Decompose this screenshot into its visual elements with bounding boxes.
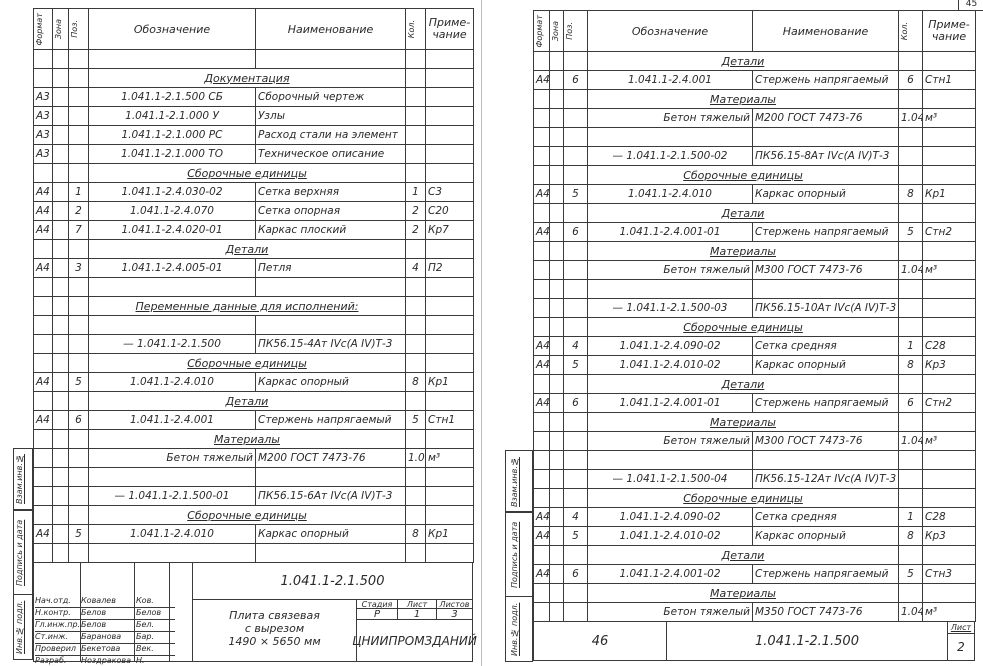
section-label: Сборочные единицы	[683, 492, 803, 505]
role-label: Разраб.	[35, 656, 81, 666]
empty-cell	[534, 90, 550, 109]
pos-cell: 6	[564, 394, 588, 413]
format-cell: А4	[534, 223, 550, 242]
designation-cell: 1.041.1-2.4.010-02	[588, 527, 753, 546]
table-row: А441.041.1-2.4.090-02Сетка средняя1С28	[534, 337, 976, 356]
section-heading: Сборочные единицы	[89, 164, 406, 183]
material-grade-cell: М200 ГОСТ 7473-76	[753, 109, 899, 128]
table-row: А31.041.1-2.1.000 РСРасход стали на элем…	[34, 126, 474, 145]
qty-cell: 6	[899, 71, 923, 90]
section-row: Материалы	[534, 90, 976, 109]
empty-cell	[406, 487, 426, 506]
pos-cell: 5	[564, 185, 588, 204]
pos-cell: 6	[564, 565, 588, 584]
empty-cell	[564, 261, 588, 280]
signature: Белов	[136, 608, 171, 619]
section-row: Сборочные единицы	[34, 506, 474, 525]
empty-cell	[534, 375, 550, 394]
note-cell: С28	[923, 508, 976, 527]
qty-cell: 2	[406, 202, 426, 221]
qty-cell: 1	[406, 183, 426, 202]
format-cell: А4	[534, 565, 550, 584]
empty-cell	[923, 299, 976, 318]
designation-cell: 1.041.1-2.4.001-02	[588, 565, 753, 584]
section-label: Детали	[722, 55, 765, 68]
empty-cell	[899, 451, 923, 470]
note-cell: Кр7	[426, 221, 474, 240]
empty-cell	[550, 432, 564, 451]
zone-cell	[53, 202, 69, 221]
unit-cell: м³	[923, 603, 976, 622]
format-cell: А4	[534, 71, 550, 90]
empty-cell	[406, 430, 426, 449]
empty-cell	[899, 242, 923, 261]
header-format: Формат	[36, 13, 44, 45]
empty-cell	[426, 506, 474, 525]
table-row: А411.041.1-2.4.030-02Сетка верхняя1С3	[34, 183, 474, 202]
section-label: Детали	[226, 395, 269, 408]
empty-cell	[588, 451, 753, 470]
header-note: Приме-чание	[426, 9, 474, 50]
person-name: Ноздракова	[81, 656, 136, 666]
empty-cell	[923, 128, 976, 147]
empty-cell	[534, 147, 550, 166]
section-label: Детали	[722, 378, 765, 391]
header-zone: Зона	[552, 21, 560, 41]
table-row: А461.041.1-2.4.001-02Стержень напрягаемы…	[534, 565, 976, 584]
format-cell: А4	[534, 337, 550, 356]
empty-cell	[588, 280, 753, 299]
header-designation: Обозначение	[89, 9, 256, 50]
footer-sheet-value: 2	[947, 633, 975, 661]
designation-cell: 1.041.1-2.4.001	[588, 71, 753, 90]
empty-cell	[534, 546, 550, 565]
material-grade-cell: М350 ГОСТ 7473-76	[753, 603, 899, 622]
empty-cell	[534, 280, 550, 299]
zone-cell	[550, 527, 564, 546]
empty-cell	[53, 69, 69, 88]
empty-cell	[406, 506, 426, 525]
format-cell: А4	[34, 202, 53, 221]
empty-cell	[426, 316, 474, 335]
empty-cell	[53, 449, 69, 468]
signature-row: Нач.отд.КовалевКов.	[35, 596, 175, 608]
name-cell: Сетка верхняя	[256, 183, 406, 202]
empty-cell	[34, 240, 53, 259]
qty-cell: 8	[406, 373, 426, 392]
empty-cell	[899, 299, 923, 318]
note-cell: Кр1	[426, 373, 474, 392]
blank-row	[34, 468, 474, 487]
empty-cell	[923, 451, 976, 470]
empty-cell	[426, 335, 474, 354]
table-row: А421.041.1-2.4.070Сетка опорная2С20	[34, 202, 474, 221]
format-cell: А4	[34, 221, 53, 240]
blank-row	[534, 451, 976, 470]
empty-cell	[69, 335, 89, 354]
empty-cell	[534, 242, 550, 261]
empty-cell	[34, 50, 53, 69]
empty-cell	[564, 166, 588, 185]
empty-cell	[34, 544, 53, 563]
empty-cell	[534, 413, 550, 432]
zone-cell	[53, 126, 69, 145]
zone-cell	[550, 71, 564, 90]
designation-cell: 1.041.1-2.4.010	[89, 525, 256, 544]
header-format: Формат	[536, 15, 544, 47]
zone-cell	[53, 183, 69, 202]
material-cell: Бетон тяжелый	[89, 449, 256, 468]
empty-cell	[406, 297, 426, 316]
format-cell: А4	[34, 373, 53, 392]
designation-cell: 1.041.1-2.4.090-02	[588, 337, 753, 356]
empty-cell	[899, 489, 923, 508]
section-heading: Детали	[588, 52, 899, 71]
empty-cell	[426, 297, 474, 316]
note-cell: Стн2	[923, 394, 976, 413]
name-cell: Техническое описание	[256, 145, 406, 164]
section-label: Сборочные единицы	[187, 509, 307, 522]
variant-row: 1.041.1-2.1.500-02ПК56.15-8Ат IVс(А IV)Т…	[534, 147, 976, 166]
section-label: Сборочные единицы	[683, 169, 803, 182]
empty-cell	[550, 584, 564, 603]
header-name: Наименование	[256, 9, 406, 50]
table-row: А451.041.1-2.4.010Каркас опорный8Кр1	[34, 525, 474, 544]
empty-cell	[69, 449, 89, 468]
empty-cell	[899, 584, 923, 603]
table-row: А31.041.1-2.1.000 УУзлы	[34, 107, 474, 126]
blank-row	[34, 316, 474, 335]
qty-cell: 1.04	[899, 261, 923, 280]
variant-row: 1.041.1-2.1.500-04ПК56.15-12Ат IVс(А IV)…	[534, 470, 976, 489]
section-label: Материалы	[710, 93, 776, 106]
header-qty: Кол.	[901, 22, 909, 40]
empty-cell	[69, 240, 89, 259]
empty-cell	[564, 147, 588, 166]
designation-cell: 1.041.1-2.4.001	[89, 411, 256, 430]
section-heading: Детали	[588, 546, 899, 565]
empty-cell	[53, 506, 69, 525]
empty-cell	[923, 375, 976, 394]
empty-cell	[534, 603, 550, 622]
format-cell: А3	[34, 126, 53, 145]
empty-cell	[426, 468, 474, 487]
note-cell: Стн3	[923, 565, 976, 584]
section-heading: Переменные данные для исполнений:	[89, 297, 406, 316]
empty-cell	[564, 299, 588, 318]
section-row: Сборочные единицы	[534, 489, 976, 508]
zone-cell	[53, 107, 69, 126]
empty-cell	[899, 318, 923, 337]
empty-cell	[550, 299, 564, 318]
variant-mark-cell: ПК56.15-12Ат IVс(А IV)Т-3	[753, 470, 899, 489]
section-row: Детали	[534, 546, 976, 565]
qty-cell: 6	[899, 394, 923, 413]
zone-cell	[53, 525, 69, 544]
zone-cell	[53, 88, 69, 107]
pos-cell	[69, 88, 89, 107]
empty-cell	[69, 50, 89, 69]
signature-row: Разраб.НоздраковаН.	[35, 656, 175, 666]
material-row: Бетон тяжелыйМ300 ГОСТ 7473-761.04м³	[534, 261, 976, 280]
empty-cell	[923, 470, 976, 489]
header-zone: Зона	[55, 19, 63, 39]
empty-cell	[923, 166, 976, 185]
format-cell: А4	[34, 411, 53, 430]
empty-cell	[550, 52, 564, 71]
margin-label-replace: Взам.инв.№	[15, 452, 25, 507]
footer-doc-code: 1.041.1-2.1.500	[666, 621, 948, 661]
empty-cell	[89, 50, 256, 69]
table-row: А471.041.1-2.4.020-01Каркас плоский2Кр7	[34, 221, 474, 240]
empty-cell	[923, 413, 976, 432]
section-row: Сборочные единицы	[534, 166, 976, 185]
empty-cell	[534, 318, 550, 337]
section-label: Детали	[722, 549, 765, 562]
section-label: Детали	[226, 243, 269, 256]
empty-cell	[534, 109, 550, 128]
empty-cell	[69, 487, 89, 506]
format-cell: А4	[534, 527, 550, 546]
pos-cell	[69, 145, 89, 164]
empty-cell	[899, 52, 923, 71]
unit-cell: м³	[426, 449, 474, 468]
empty-cell	[34, 487, 53, 506]
empty-cell	[34, 278, 53, 297]
qty-cell: 2	[406, 221, 426, 240]
empty-cell	[406, 69, 426, 88]
empty-cell	[69, 392, 89, 411]
note-cell	[426, 145, 474, 164]
name-cell: Расход стали на элемент	[256, 126, 406, 145]
empty-cell	[34, 69, 53, 88]
empty-cell	[550, 470, 564, 489]
empty-cell	[550, 261, 564, 280]
table-row: А451.041.1-2.4.010Каркас опорный8Кр1	[534, 185, 976, 204]
empty-cell	[564, 470, 588, 489]
empty-cell	[564, 489, 588, 508]
empty-cell	[53, 335, 69, 354]
variant-mark-cell: ПК56.15-10Ат IVс(А IV)Т-3	[753, 299, 899, 318]
material-cell: Бетон тяжелый	[588, 109, 753, 128]
variant-designation-cell: 1.041.1-2.1.500-01	[89, 487, 256, 506]
qty-cell: 1.04	[899, 603, 923, 622]
qty-cell: 5	[899, 565, 923, 584]
note-cell: П2	[426, 259, 474, 278]
zone-cell	[53, 411, 69, 430]
empty-cell	[550, 242, 564, 261]
format-cell: А4	[34, 259, 53, 278]
empty-cell	[564, 546, 588, 565]
empty-cell	[69, 354, 89, 373]
name-cell: Каркас опорный	[753, 185, 899, 204]
section-row: Детали	[534, 375, 976, 394]
section-heading: Сборочные единицы	[588, 166, 899, 185]
qty-cell: 4	[406, 259, 426, 278]
page-divider	[481, 0, 482, 666]
table-row: А451.041.1-2.4.010-02Каркас опорный8Кр3	[534, 356, 976, 375]
qty-cell: 1.04	[899, 432, 923, 451]
pos-cell: 4	[564, 337, 588, 356]
title-block-doc-code: 1.041.1-2.1.500	[192, 562, 473, 600]
table-row: А31.041.1-2.1.500 СБСборочный чертеж	[34, 88, 474, 107]
header-pos: Поз.	[566, 22, 574, 40]
pos-cell: 5	[564, 527, 588, 546]
empty-cell	[89, 544, 256, 563]
role-label: Н.контр.	[35, 608, 81, 619]
header-pos: Поз.	[71, 20, 79, 38]
empty-cell	[69, 430, 89, 449]
variant-row: 1.041.1-2.1.500-01ПК56.15-6Ат IVс(А IV)Т…	[34, 487, 474, 506]
title-block-product: Плита связевая с вырезом 1490 × 5650 мм	[192, 599, 357, 662]
section-row: Детали	[534, 204, 976, 223]
unit-cell: м³	[923, 261, 976, 280]
empty-cell	[34, 297, 53, 316]
name-cell: Каркас опорный	[256, 373, 406, 392]
signature: Н.	[136, 656, 171, 666]
empty-cell	[564, 280, 588, 299]
empty-cell	[69, 278, 89, 297]
empty-cell	[899, 470, 923, 489]
zone-cell	[53, 221, 69, 240]
empty-cell	[534, 584, 550, 603]
note-cell: Кр3	[923, 356, 976, 375]
empty-cell	[550, 451, 564, 470]
designation-cell: 1.041.1-2.4.001-01	[588, 223, 753, 242]
empty-cell	[753, 451, 899, 470]
empty-cell	[550, 90, 564, 109]
note-cell: Стн2	[923, 223, 976, 242]
empty-cell	[753, 128, 899, 147]
table-row: А461.041.1-2.4.001-01Стержень напрягаемы…	[534, 223, 976, 242]
section-heading: Сборочные единицы	[588, 489, 899, 508]
empty-cell	[53, 487, 69, 506]
empty-cell	[899, 90, 923, 109]
name-cell: Стержень напрягаемый	[753, 71, 899, 90]
section-row: Сборочные единицы	[34, 354, 474, 373]
left-spec-table: Формат Зона Поз. Обозначение Наименовани…	[33, 8, 474, 563]
qty-cell	[406, 145, 426, 164]
empty-cell	[406, 392, 426, 411]
empty-cell	[426, 487, 474, 506]
empty-cell	[588, 128, 753, 147]
empty-cell	[550, 413, 564, 432]
empty-cell	[256, 278, 406, 297]
empty-cell	[899, 413, 923, 432]
margin-label-sign-date: Подпись и дата	[510, 517, 520, 592]
role-label: Проверил	[35, 644, 81, 655]
qty-cell	[406, 107, 426, 126]
section-row: Материалы	[534, 413, 976, 432]
empty-cell	[534, 299, 550, 318]
zone-cell	[53, 259, 69, 278]
name-cell: Узлы	[256, 107, 406, 126]
header-qty: Кол.	[408, 20, 416, 38]
designation-cell: 1.041.1-2.1.000 ТО	[89, 145, 256, 164]
empty-cell	[69, 297, 89, 316]
empty-cell	[550, 603, 564, 622]
table-row: А461.041.1-2.4.001Стержень напрягаемый6С…	[534, 71, 976, 90]
designation-cell: 1.041.1-2.1.000 РС	[89, 126, 256, 145]
table-row: А31.041.1-2.1.000 ТОТехническое описание	[34, 145, 474, 164]
empty-cell	[534, 128, 550, 147]
section-heading: Сборочные единицы	[588, 318, 899, 337]
zone-cell	[550, 394, 564, 413]
margin-label-sign-date: Подпись и дата	[15, 515, 25, 590]
empty-cell	[53, 354, 69, 373]
qty-cell: 5	[406, 411, 426, 430]
section-label: Переменные данные для исполнений:	[136, 300, 359, 313]
name-cell: Каркас плоский	[256, 221, 406, 240]
designation-cell: 1.041.1-2.4.010-02	[588, 356, 753, 375]
table-header: Формат Зона Поз. Обозначение Наименовани…	[534, 11, 976, 52]
format-cell: А4	[534, 394, 550, 413]
empty-cell	[753, 280, 899, 299]
blank-row	[34, 278, 474, 297]
section-heading: Документация	[89, 69, 406, 88]
pos-cell: 1	[69, 183, 89, 202]
section-heading: Материалы	[588, 584, 899, 603]
variant-row: 1.041.1-2.1.500-03ПК56.15-10Ат IVс(А IV)…	[534, 299, 976, 318]
note-cell: С28	[923, 337, 976, 356]
material-row: Бетон тяжелыйМ200 ГОСТ 7473-761.04м³	[534, 109, 976, 128]
empty-cell	[406, 164, 426, 183]
empty-cell	[564, 128, 588, 147]
section-row: Материалы	[534, 242, 976, 261]
name-cell: Стержень напрягаемый	[753, 394, 899, 413]
empty-cell	[426, 354, 474, 373]
role-label: Нач.отд.	[35, 596, 81, 607]
empty-cell	[426, 278, 474, 297]
product-name-line2: с вырезом	[192, 622, 357, 635]
empty-cell	[53, 544, 69, 563]
margin-label-inv: Инв.№ подл.	[510, 602, 520, 657]
empty-cell	[34, 430, 53, 449]
variant-mark-cell: ПК56.15-8Ат IVс(А IV)Т-3	[753, 147, 899, 166]
empty-cell	[923, 90, 976, 109]
role-label: Гл.инж.пр.	[35, 620, 81, 631]
empty-cell	[406, 278, 426, 297]
section-row: Сборочные единицы	[34, 164, 474, 183]
signature-row: ПроверилБекетоваВек.	[35, 644, 175, 656]
empty-cell	[923, 546, 976, 565]
material-row: Бетон тяжелыйМ300 ГОСТ 7473-761.04м³	[534, 432, 976, 451]
empty-cell	[564, 451, 588, 470]
designation-cell: 1.041.1-2.4.010	[588, 185, 753, 204]
pos-cell: 5	[69, 373, 89, 392]
section-row: Материалы	[34, 430, 474, 449]
note-cell: С3	[426, 183, 474, 202]
empty-cell	[53, 430, 69, 449]
empty-cell	[564, 603, 588, 622]
empty-cell	[69, 69, 89, 88]
variant-designation-cell: 1.041.1-2.1.500	[89, 335, 256, 354]
empty-cell	[426, 240, 474, 259]
pos-cell: 3	[69, 259, 89, 278]
empty-cell	[564, 109, 588, 128]
name-cell: Сетка опорная	[256, 202, 406, 221]
empty-cell	[564, 584, 588, 603]
signature-row: Гл.инж.пр.БеловБел.	[35, 620, 175, 632]
role-label: Ст.инж.	[35, 632, 81, 643]
section-heading: Детали	[588, 204, 899, 223]
empty-cell	[923, 584, 976, 603]
name-cell: Каркас опорный	[256, 525, 406, 544]
empty-cell	[923, 318, 976, 337]
table-row: А451.041.1-2.4.010-02Каркас опорный8Кр3	[534, 527, 976, 546]
empty-cell	[899, 204, 923, 223]
empty-cell	[406, 544, 426, 563]
